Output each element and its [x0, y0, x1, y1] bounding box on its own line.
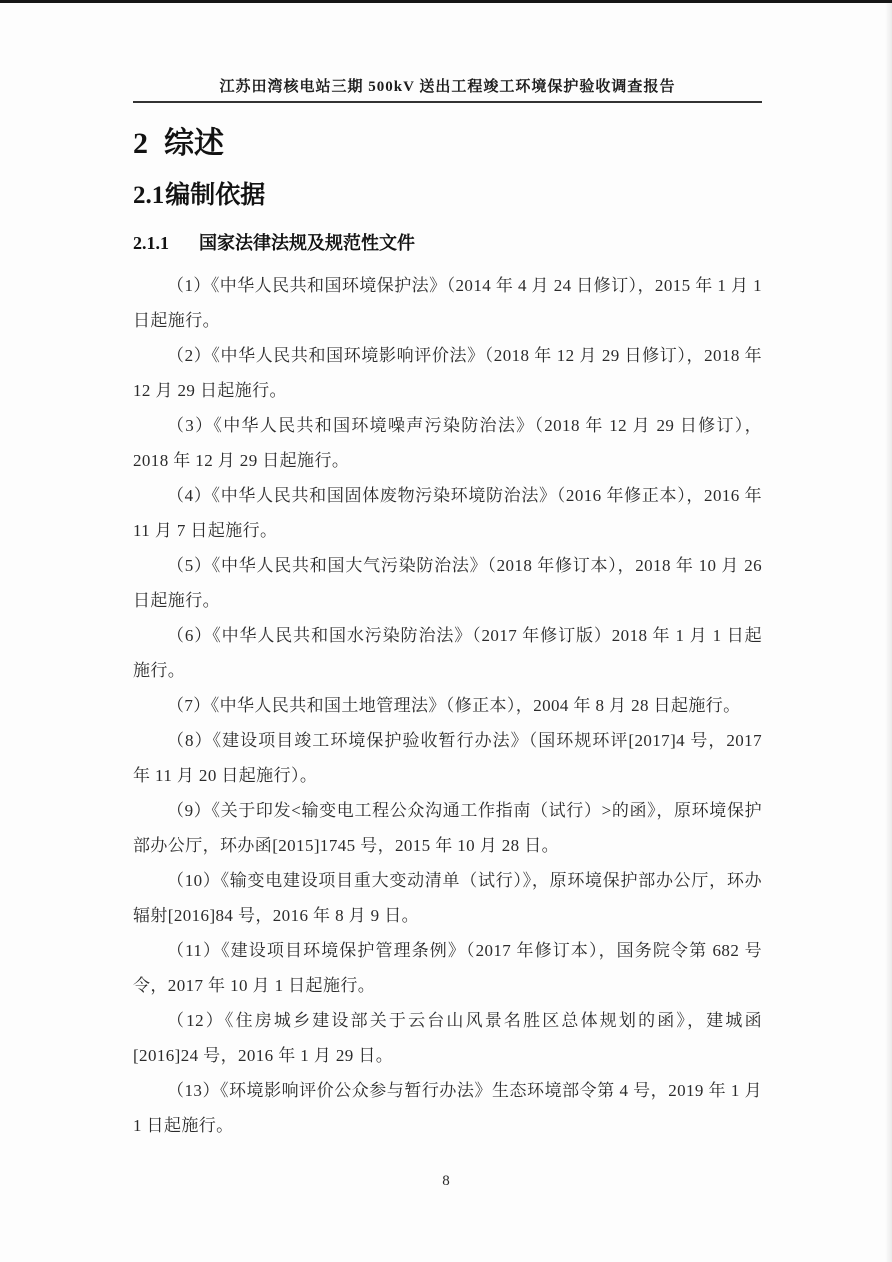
subsection-title: 国家法律法规及规范性文件 — [199, 233, 415, 253]
page-header: 江苏田湾核电站三期 500kV 送出工程竣工环境保护验收调查报告 — [133, 3, 762, 103]
law-item: （9）《关于印发<输变电工程公众沟通工作指南（试行）>的函》，原环境保护部办公厅… — [133, 793, 762, 863]
law-item: （13）《环境影响评价公众参与暂行办法》生态环境部令第 4 号，2019 年 1… — [133, 1073, 762, 1143]
running-header-title: 江苏田湾核电站三期 500kV 送出工程竣工环境保护验收调查报告 — [133, 75, 762, 96]
header-rule — [133, 101, 762, 103]
law-item: （10）《输变电建设项目重大变动清单（试行）》，原环境保护部办公厅，环办辐射[2… — [133, 863, 762, 933]
law-item: （12）《住房城乡建设部关于云台山风景名胜区总体规划的函》，建城函[2016]2… — [133, 1003, 762, 1073]
law-item: （8）《建设项目竣工环境保护验收暂行办法》（国环规环评[2017]4 号，201… — [133, 723, 762, 793]
law-item: （4）《中华人民共和国固体废物污染环境防治法》（2016 年修正本），2016 … — [133, 478, 762, 548]
law-item: （5）《中华人民共和国大气污染防治法》（2018 年修订本），2018 年 10… — [133, 548, 762, 618]
subsection-number: 2.1.1 — [133, 233, 169, 253]
law-item: （6）《中华人民共和国水污染防治法》（2017 年修订版）2018 年 1 月 … — [133, 618, 762, 688]
chapter-number: 2 — [133, 127, 148, 160]
section-heading: 2.1编制依据 — [133, 175, 762, 211]
chapter-heading: 2综述 — [133, 118, 762, 162]
chapter-title: 综述 — [164, 127, 224, 160]
document-page: 江苏田湾核电站三期 500kV 送出工程竣工环境保护验收调查报告 2综述 2.1… — [0, 0, 892, 1262]
law-list: （1）《中华人民共和国环境保护法》（2014 年 4 月 24 日修订），201… — [133, 268, 762, 1143]
page-content: 江苏田湾核电站三期 500kV 送出工程竣工环境保护验收调查报告 2综述 2.1… — [0, 3, 892, 1143]
law-item: （11）《建设项目环境保护管理条例》（2017 年修订本），国务院令第 682 … — [133, 933, 762, 1003]
page-footer: 8 — [0, 1172, 892, 1190]
law-item: （1）《中华人民共和国环境保护法》（2014 年 4 月 24 日修订），201… — [133, 268, 762, 338]
page-number: 8 — [442, 1173, 450, 1189]
section-title: 编制依据 — [165, 182, 265, 209]
law-item: （2）《中华人民共和国环境影响评价法》（2018 年 12 月 29 日修订），… — [133, 338, 762, 408]
subsection-heading: 2.1.1国家法律法规及规范性文件 — [133, 229, 762, 255]
law-item: （7）《中华人民共和国土地管理法》（修正本），2004 年 8 月 28 日起施… — [133, 688, 762, 723]
law-item: （3）《中华人民共和国环境噪声污染防治法》（2018 年 12 月 29 日修订… — [133, 408, 762, 478]
section-number: 2.1 — [133, 182, 164, 209]
